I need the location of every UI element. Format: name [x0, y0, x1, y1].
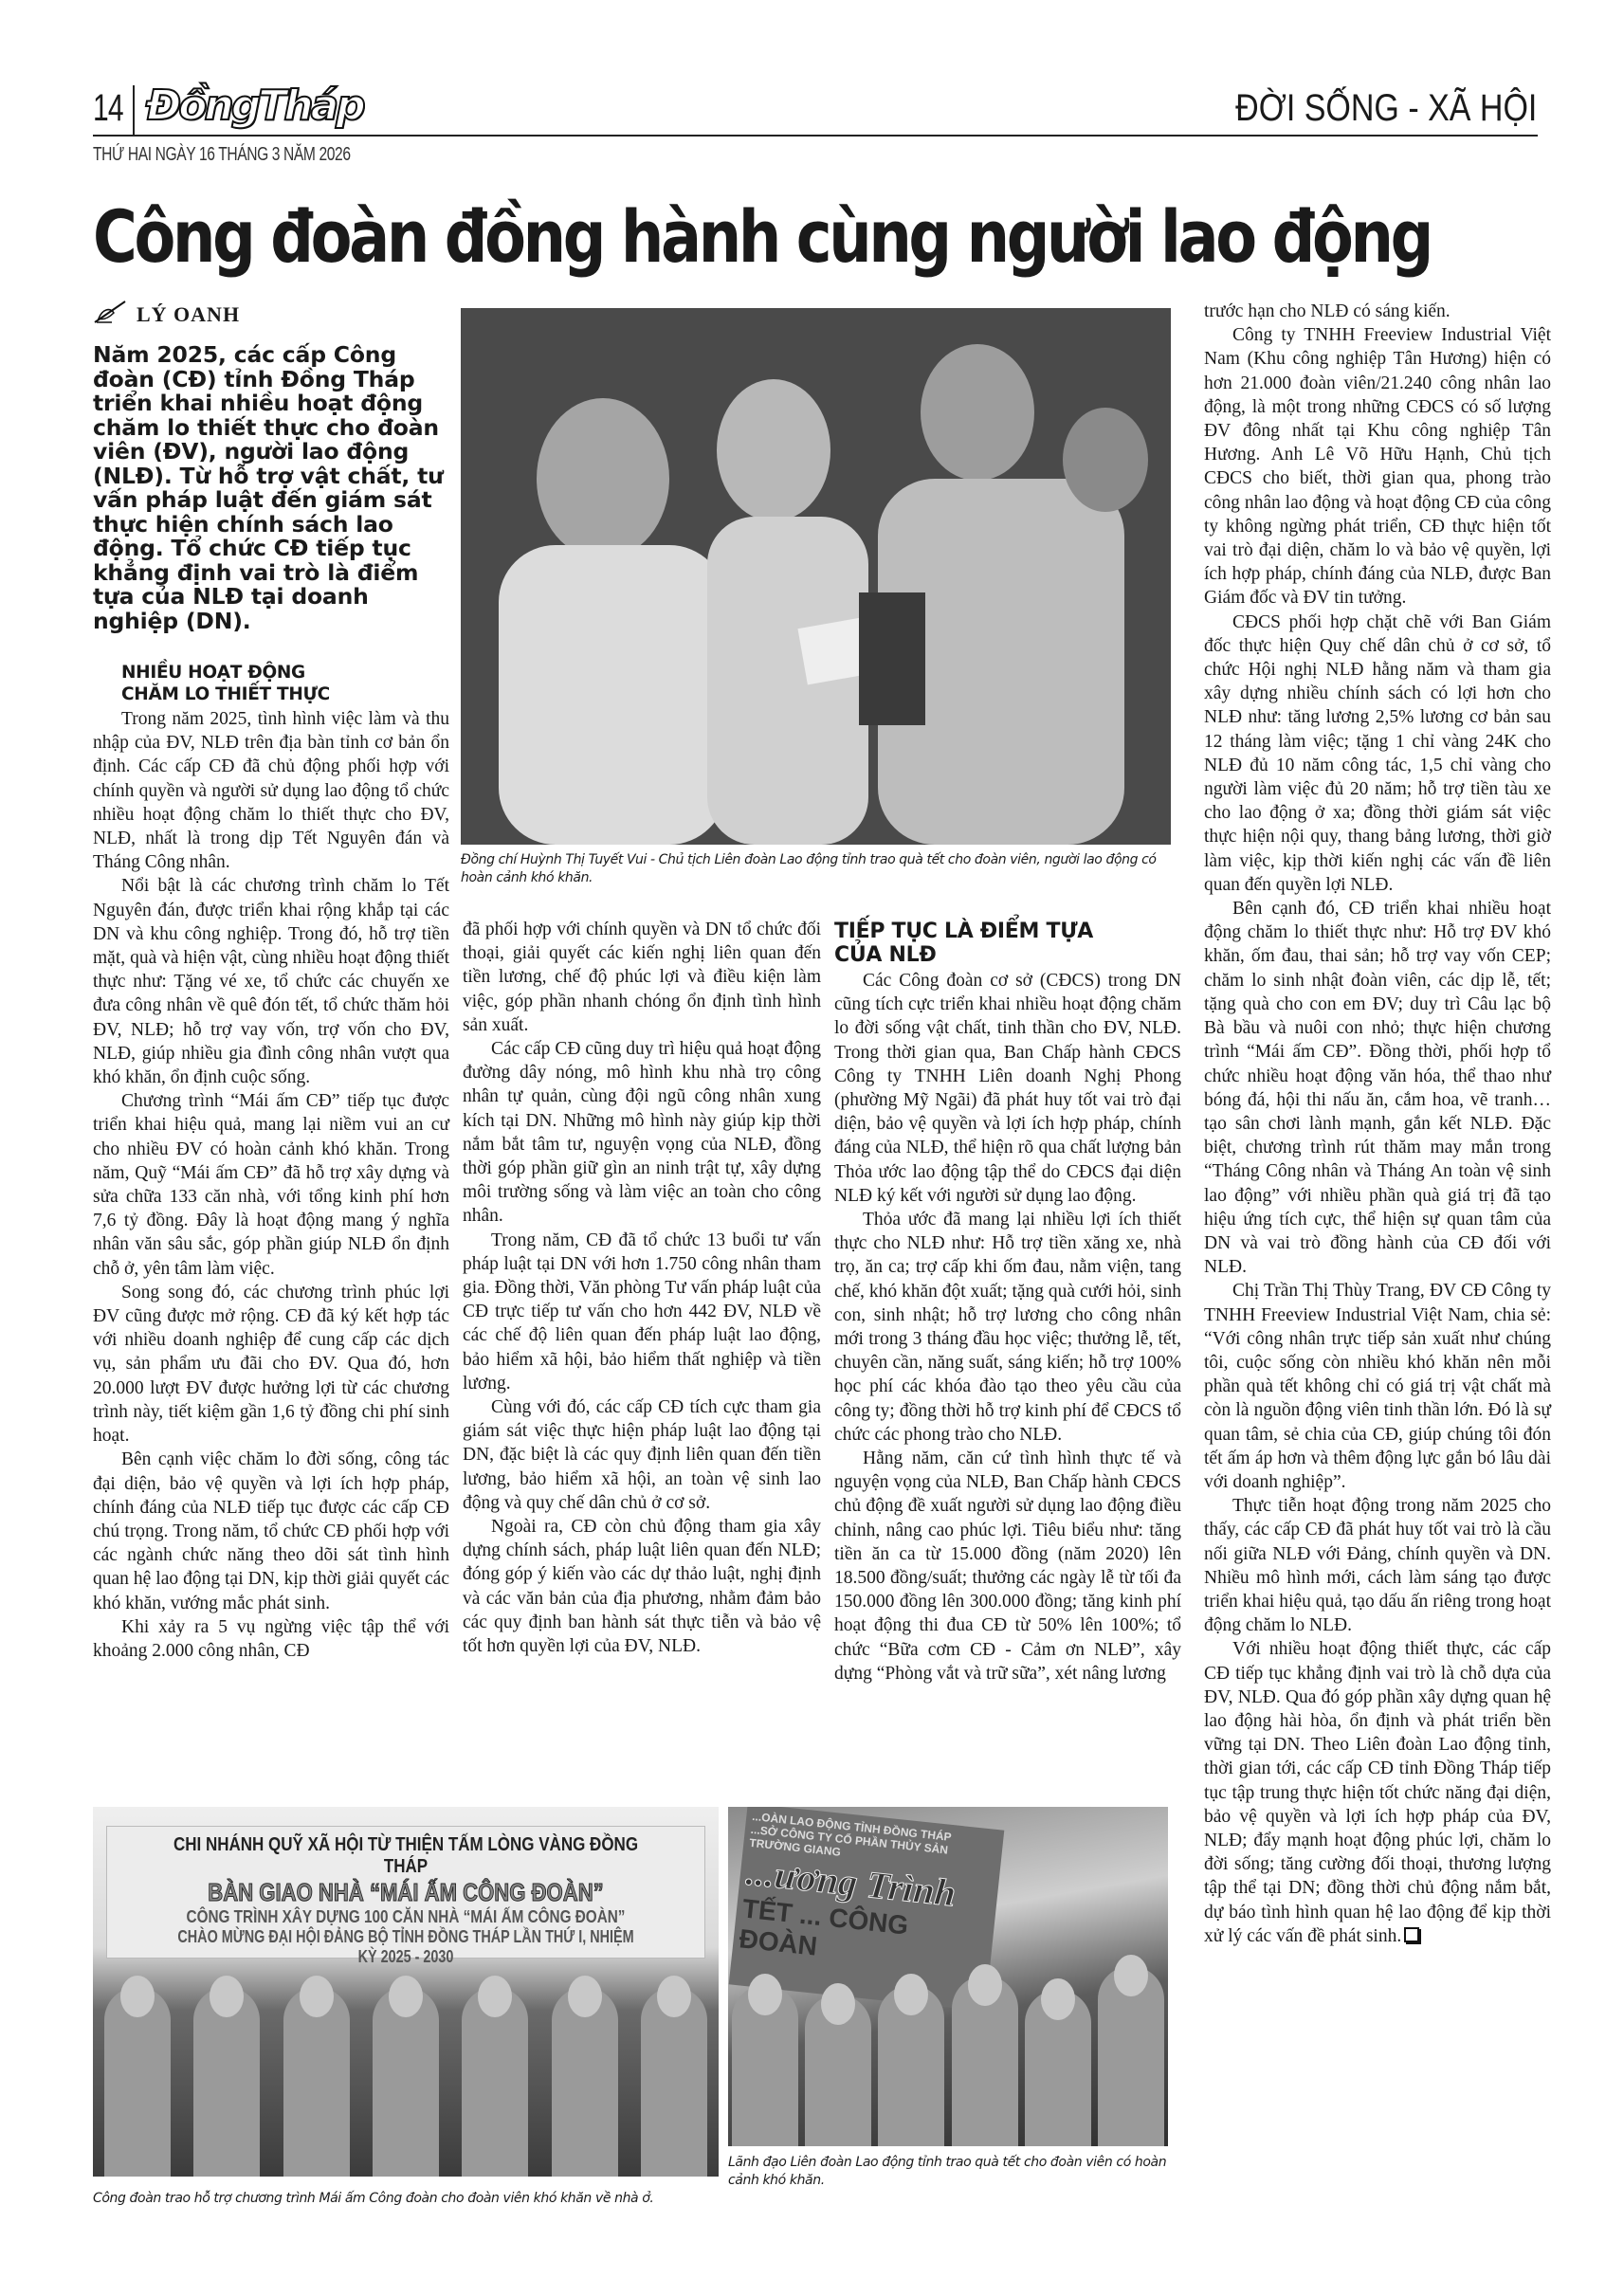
paragraph: Bên cạnh việc chăm lo đời sống, công tác… [93, 1448, 449, 1614]
paragraph: Cùng với đó, các cấp CĐ tích cực tham gi… [463, 1395, 821, 1515]
issue-date: THỨ HAI NGÀY 16 THÁNG 3 NĂM 2026 [93, 144, 351, 166]
bottom-right-photo: ...OÀN LAO ĐỘNG TỈNH ĐỒNG THÁP ...SỞ CÔN… [728, 1807, 1168, 2146]
bottom-left-caption: Công đoàn trao hỗ trợ chương trình Mái ấ… [93, 2190, 738, 2208]
paragraph: Khi xảy ra 5 vụ ngừng việc tập thể với k… [93, 1615, 449, 1663]
paragraph: Các cấp CĐ cũng duy trì hiệu quả hoạt độ… [463, 1037, 821, 1229]
bottom-left-photo: CHI NHÁNH QUỸ XÃ HỘI TỪ THIỆN TẤM LÒNG V… [93, 1807, 719, 2177]
article-title: Công đoàn đồng hành cùng người lao động [93, 190, 1311, 284]
section-heading-2: TIẾP TỤC LÀ ĐIỂM TỰA CỦA NLĐ [834, 920, 1181, 967]
paragraph: Trong năm 2025, tình hình việc làm và th… [93, 707, 449, 874]
paragraph: Với nhiều hoạt động thiết thực, các cấp … [1204, 1637, 1551, 1948]
pen-icon [93, 300, 127, 330]
paragraph: Nổi bật là các chương trình chăm lo Tết … [93, 874, 449, 1089]
paragraph: Chị Trần Thị Thùy Trang, ĐV CĐ Công ty T… [1204, 1279, 1551, 1494]
paragraph: Song song đó, các chương trình phúc lợi … [93, 1281, 449, 1448]
paragraph: Hằng năm, căn cứ tình hình thực tế và ng… [834, 1447, 1181, 1686]
photo-banner: CHI NHÁNH QUỸ XÃ HỘI TỪ THIỆN TẤM LÒNG V… [106, 1826, 705, 1959]
paragraph: Các Công đoàn cơ sở (CĐCS) trong DN cũng… [834, 969, 1181, 1208]
header-rule [93, 135, 1538, 137]
paragraph: đã phối hợp với chính quyền và DN tổ chứ… [463, 918, 821, 1037]
paragraph: Chương trình “Mái ấm CĐ” tiếp tục được t… [93, 1089, 449, 1281]
author-name: LÝ OANH [137, 302, 240, 327]
paragraph: CĐCS phối hợp chặt chẽ với Ban Giám đốc … [1204, 610, 1551, 897]
paragraph: trước hạn cho NLĐ có sáng kiến. [1204, 300, 1551, 323]
paragraph: Công ty TNHH Freeview Industrial Việt Na… [1204, 323, 1551, 610]
column-2: đã phối hợp với chính quyền và DN tổ chứ… [463, 918, 821, 1658]
column-1: NHIỀU HOẠT ĐỘNG CHĂM LO THIẾT THỰC Trong… [93, 662, 449, 1663]
people-group [93, 1968, 719, 2177]
paragraph: Trong năm, CĐ đã tổ chức 13 buổi tư vấn … [463, 1229, 821, 1395]
page-number: 14 [93, 87, 123, 130]
paragraph: Ngoài ra, CĐ còn chủ động tham gia xây d… [463, 1515, 821, 1658]
paragraph: Bên cạnh đó, CĐ triển khai nhiều hoạt độ… [1204, 897, 1551, 1279]
section-heading-1: NHIỀU HOẠT ĐỘNG CHĂM LO THIẾT THỰC [121, 662, 449, 705]
paragraph: Thực tiễn hoạt động trong năm 2025 cho t… [1204, 1494, 1551, 1637]
column-4: trước hạn cho NLĐ có sáng kiến. Công ty … [1204, 300, 1551, 1948]
paragraph: Thỏa ước đã mang lại nhiều lợi ích thiết… [834, 1208, 1181, 1447]
article-lead: Năm 2025, các cấp Công đoàn (CĐ) tỉnh Đồ… [93, 343, 453, 633]
main-photo-caption: Đồng chí Huỳnh Thị Tuyết Vui - Chủ tịch … [461, 851, 1181, 887]
header-divider [133, 85, 135, 135]
people-group [728, 1957, 1168, 2146]
bottom-right-caption: Lãnh đạo Liên đoàn Lao động tỉnh trao qu… [728, 2154, 1174, 2190]
photo-illustration [461, 308, 1171, 845]
end-mark-icon [1404, 1927, 1419, 1942]
byline: LÝ OANH [93, 300, 240, 330]
section-name: ĐỜI SỐNG - XÃ HỘI [1235, 87, 1537, 130]
column-3: TIẾP TỤC LÀ ĐIỂM TỰA CỦA NLĐ Các Công đo… [834, 920, 1181, 1686]
newspaper-logo: ĐồngTháp [146, 82, 363, 130]
main-photo [461, 308, 1171, 845]
